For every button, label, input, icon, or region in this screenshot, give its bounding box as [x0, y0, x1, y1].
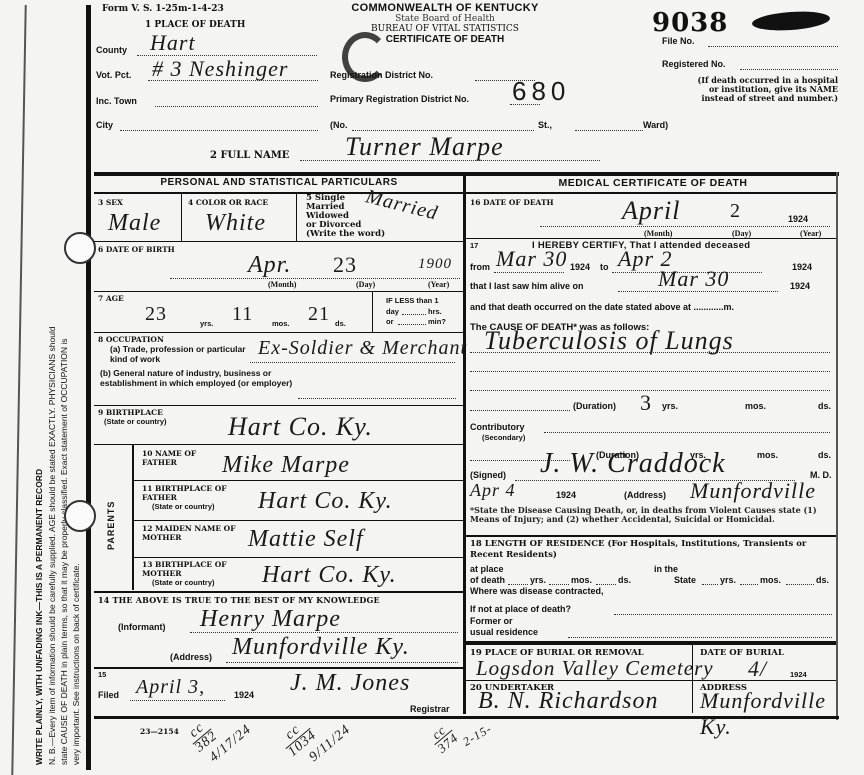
place-of-death-label: 1 PLACE OF DEATH: [145, 20, 245, 30]
full-name-label: 2 FULL NAME: [210, 150, 289, 161]
city-field[interactable]: [120, 130, 318, 131]
cause-line-2[interactable]: [470, 371, 830, 372]
date-of-death-field[interactable]: [540, 226, 830, 227]
occupation-b-label: (b) General nature of industry, business…: [100, 368, 310, 388]
duration-ds-label: ds.: [818, 401, 831, 411]
residence-state-mos-field[interactable]: [740, 584, 758, 585]
residence-state-label: State: [674, 575, 696, 585]
primary-registration-value: 680: [512, 76, 570, 107]
field-17-number: 17: [470, 241, 478, 250]
full-name-value: Turner Marpe: [345, 132, 504, 162]
father-name-label: 10 NAME OF FATHER: [142, 449, 222, 467]
street-label: St.,: [538, 120, 552, 130]
not-at-place-label: If not at place of death?: [470, 604, 571, 614]
burial-date-year: 1924: [790, 670, 807, 679]
duration-label: (Duration): [573, 401, 616, 411]
row-rule-age: [94, 291, 463, 292]
right-border: [836, 172, 838, 720]
undertaker-value: B. N. Richardson: [478, 688, 658, 715]
main-top-rule: [94, 172, 839, 176]
row-rule-residence: [466, 535, 836, 537]
to-label: to: [600, 262, 609, 272]
birthplace-value: Hart Co. Ky.: [228, 412, 373, 442]
file-no-label: File No.: [662, 36, 695, 46]
punch-hole-bottom: [64, 500, 96, 532]
title-board: State Board of Health: [330, 14, 560, 24]
county-value: Hart: [150, 30, 196, 56]
from-year: 1924: [570, 262, 590, 272]
occupation-b-field[interactable]: [298, 398, 456, 399]
age-years: 23: [145, 303, 167, 326]
row-rule-filed: [94, 667, 463, 669]
margin-instruction-2: N. B.—Every item of information should b…: [47, 326, 57, 765]
death-year-caption: (Year): [800, 229, 821, 238]
row-rule-mother-birthplace: [134, 557, 463, 558]
dob-month-caption: (Month): [268, 280, 296, 289]
signed-year: 1924: [556, 490, 576, 500]
signed-value: J. W. Craddock: [540, 448, 726, 480]
mother-maiden-label: 12 MAIDEN NAME OF MOTHER: [142, 524, 252, 542]
dob-label: 6 DATE OF BIRTH: [98, 245, 175, 254]
birthplace-sublabel: (State or country): [104, 417, 167, 426]
row-rule-dob: [94, 241, 463, 242]
vot-pct-value: # 3 Neshinger: [152, 56, 288, 82]
hrs-label: hrs.: [428, 307, 442, 316]
cause-footnote: *State the Disease Causing Death, or, in…: [470, 506, 832, 524]
dob-year-caption: (Year): [428, 280, 449, 289]
death-day: 2: [730, 200, 741, 223]
dob-year: 1900: [418, 256, 452, 273]
contracted-label: Where was disease contracted,: [470, 586, 604, 596]
registered-no-field[interactable]: [740, 69, 838, 70]
primary-registration-label: Primary Registration District No.: [330, 94, 469, 104]
redaction-mark: [751, 9, 830, 32]
usual-residence-label: usual residence: [470, 627, 538, 637]
filed-date-value: April 3,: [136, 676, 205, 699]
filed-year: 1924: [234, 690, 254, 700]
residence-place-mos-label: mos.: [571, 575, 592, 585]
undertaker-address-value: Munfordville Ky.: [700, 688, 864, 740]
residence-state-yrs-field[interactable]: [702, 584, 718, 585]
from-value: Mar 30: [496, 246, 567, 272]
physician-address-label: (Address): [624, 490, 666, 500]
inc-town-field[interactable]: [155, 106, 318, 107]
registration-district-label: Registration District No.: [330, 70, 433, 80]
dob-day-caption: (Day): [356, 280, 375, 289]
residence-state-yrs-label: yrs.: [720, 575, 736, 585]
registered-no-label: Registered No.: [662, 59, 726, 69]
race-label: 4 COLOR OR RACE: [188, 198, 268, 207]
age-months: 11: [232, 303, 253, 326]
residence-place-yrs-label: yrs.: [530, 575, 546, 585]
form-code: 23—2154: [140, 727, 179, 736]
margin-border-line: [11, 5, 26, 775]
informant-label: (Informant): [118, 622, 166, 632]
signed-date: Apr 4: [470, 480, 516, 501]
occupation-a-field[interactable]: [250, 362, 455, 363]
from-label: from: [470, 262, 490, 272]
mother-birthplace-value: Hart Co. Ky.: [262, 562, 397, 589]
race-marital-divider: [296, 193, 297, 241]
residence-place-ds-label: ds.: [618, 575, 631, 585]
age-label: 7 AGE: [98, 294, 124, 303]
personal-section-title: PERSONAL AND STATISTICAL PARTICULARS: [98, 177, 460, 188]
former-label: Former or: [470, 616, 513, 626]
city-label: City: [96, 120, 113, 130]
county-label: County: [96, 45, 127, 55]
form-number: Form V. S. 1-25m-1-4-23: [102, 4, 224, 14]
father-birthplace-sublabel: (State or country): [152, 502, 215, 511]
last-saw-value: Mar 30: [658, 266, 729, 292]
burial-date-label: DATE OF BURIAL: [700, 648, 784, 658]
residence-place-ds-field[interactable]: [596, 584, 616, 585]
residence-title: 18 LENGTH OF RESIDENCE (For Hospitals, I…: [470, 539, 834, 561]
center-divider: [463, 172, 466, 714]
residence-place-mos-field[interactable]: [549, 584, 569, 585]
burial-divider: [692, 645, 693, 713]
annotation-3-date: 2-15-: [460, 721, 494, 749]
death-day-caption: (Day): [732, 229, 751, 238]
sex-label: 3 SEX: [98, 198, 123, 207]
title-commonwealth: COMMONWEALTH OF KENTUCKY: [330, 2, 560, 14]
occupation-a-value: Ex-Soldier & Merchant: [258, 337, 467, 360]
usual-residence-field[interactable]: [568, 637, 832, 638]
duration-yrs-label: yrs.: [662, 401, 678, 411]
registrar-signature: J. M. Jones: [290, 670, 410, 697]
true-statement: 14 THE ABOVE IS TRUE TO THE BEST OF MY K…: [98, 595, 380, 605]
ward-field[interactable]: [575, 130, 643, 131]
personal-title-rule: [94, 192, 463, 194]
age-mos-label: mos.: [272, 319, 290, 328]
cause-line-1[interactable]: [470, 352, 830, 353]
min-field[interactable]: [398, 324, 426, 325]
death-month-caption: (Month): [644, 229, 672, 238]
father-birthplace-value: Hart Co. Ky.: [258, 488, 393, 515]
day-label: day: [386, 307, 399, 316]
hospital-note: (If death occurred in a hospital or inst…: [696, 76, 838, 103]
filed-date-field[interactable]: [130, 700, 225, 701]
dob-day: 23: [333, 252, 357, 278]
ward-label: Ward): [643, 120, 668, 130]
hrs-field[interactable]: [402, 314, 426, 315]
mother-birthplace-sublabel: (State or country): [152, 578, 215, 587]
registrar-label: Registrar: [410, 704, 450, 714]
sex-race-divider: [181, 193, 182, 241]
physician-address-value: Munfordville: [690, 478, 816, 504]
dob-month: Apr.: [248, 252, 291, 279]
race-value: White: [205, 210, 266, 237]
death-year: 1924: [788, 214, 808, 224]
duration-mos-label: mos.: [745, 401, 766, 411]
marital-instruction: (Write the word): [306, 230, 385, 239]
row-rule-parents: [94, 444, 463, 445]
duration-years: 3: [640, 390, 652, 416]
occupation-label: 8 OCCUPATION: [98, 335, 164, 344]
informant-address-value: Munfordville Ky.: [232, 634, 410, 661]
burial-date-value: 4/: [748, 656, 767, 682]
file-number-stamp: 9038: [652, 8, 728, 38]
occupation-a-label: (a) Trade, profession or particular kind…: [110, 344, 260, 364]
last-saw-year: 1924: [790, 281, 810, 291]
row-rule-certify: [466, 238, 836, 239]
death-occurred-text: and that death occurred on the date stat…: [470, 302, 734, 312]
residence-place-yrs-field[interactable]: [508, 584, 528, 585]
father-name-value: Mike Marpe: [222, 452, 350, 479]
contributory-field[interactable]: [544, 432, 830, 433]
row-rule-occupation: [94, 332, 463, 333]
contributory-label: Contributory: [470, 422, 525, 432]
at-place-label: at place: [470, 564, 504, 574]
punch-hole-top: [64, 232, 96, 264]
form-left-border: [86, 5, 91, 770]
street-no-label: (No.: [330, 120, 348, 130]
dob-field[interactable]: [170, 278, 460, 279]
row-rule-father-birthplace: [134, 480, 463, 481]
residence-state-ds-label: ds.: [816, 575, 829, 585]
death-month: April: [622, 196, 680, 226]
parents-side-label: PARENTS: [106, 501, 116, 550]
inc-town-label: Inc. Town: [96, 96, 137, 106]
medical-title-rule: [466, 192, 836, 194]
birthplace-label: 9 BIRTHPLACE: [98, 408, 163, 417]
date-of-death-label: 16 DATE OF DEATH: [470, 198, 554, 207]
filed-label: Filed: [98, 690, 119, 700]
age-yrs-label: yrs.: [200, 319, 213, 328]
street-no-field[interactable]: [352, 130, 534, 131]
file-no-field[interactable]: [708, 46, 838, 47]
age-if-less-divider: [372, 292, 373, 332]
informant-address-label: (Address): [170, 652, 212, 662]
mother-birthplace-label: 13 BIRTHPLACE OF MOTHER: [142, 560, 252, 578]
row-rule-undertaker: [466, 680, 836, 681]
duration-pre-field[interactable]: [470, 410, 570, 411]
secondary-label: (Secondary): [482, 433, 525, 442]
in-the-label: in the: [654, 564, 678, 574]
signed-label: (Signed): [470, 470, 506, 480]
or-label: or: [386, 317, 394, 326]
age-days: 21: [308, 303, 330, 326]
vot-pct-label: Vot. Pct.: [96, 70, 131, 80]
parents-side-divider: [132, 444, 134, 590]
medical-section-title: MEDICAL CERTIFICATE OF DEATH: [470, 177, 836, 189]
from-field[interactable]: [494, 272, 564, 273]
not-at-place-field[interactable]: [614, 614, 832, 615]
annotation-3: cc 374: [426, 720, 461, 755]
margin-instruction-1: WRITE PLAINLY, WITH UNFADING INK—THIS IS…: [34, 469, 44, 765]
margin-instruction-4: very important. See instructions on back…: [71, 563, 81, 765]
margin-instruction-3: state CAUSE OF DEATH in plain terms, so …: [59, 338, 69, 765]
father-birthplace-label: 11 BIRTHPLACE OF FATHER: [142, 484, 252, 502]
row-rule-informant: [94, 591, 463, 593]
informant-value: Henry Marpe: [200, 606, 341, 633]
if-less-label: IF LESS than 1: [386, 296, 439, 305]
field-15-number: 15: [98, 670, 106, 679]
contributory-mos-label: mos.: [757, 450, 778, 460]
mother-maiden-value: Mattie Self: [248, 526, 364, 553]
sex-value: Male: [108, 210, 161, 237]
row-rule-birthplace: [94, 405, 463, 406]
row-rule-burial: [466, 641, 836, 645]
age-ds-label: ds.: [335, 319, 346, 328]
last-saw-label: that I last saw him alive on: [470, 281, 584, 291]
contributory-ds-label: ds.: [818, 450, 831, 460]
to-year: 1924: [792, 262, 812, 272]
row-rule-mother-name: [134, 520, 463, 521]
residence-state-ds-field[interactable]: [786, 584, 814, 585]
informant-address-field[interactable]: [226, 662, 458, 663]
residence-state-mos-label: mos.: [760, 575, 781, 585]
burial-place-value: Logsdon Valley Cemetery: [476, 656, 714, 681]
of-death-label: of death: [470, 575, 505, 585]
min-label: min?: [428, 317, 446, 326]
